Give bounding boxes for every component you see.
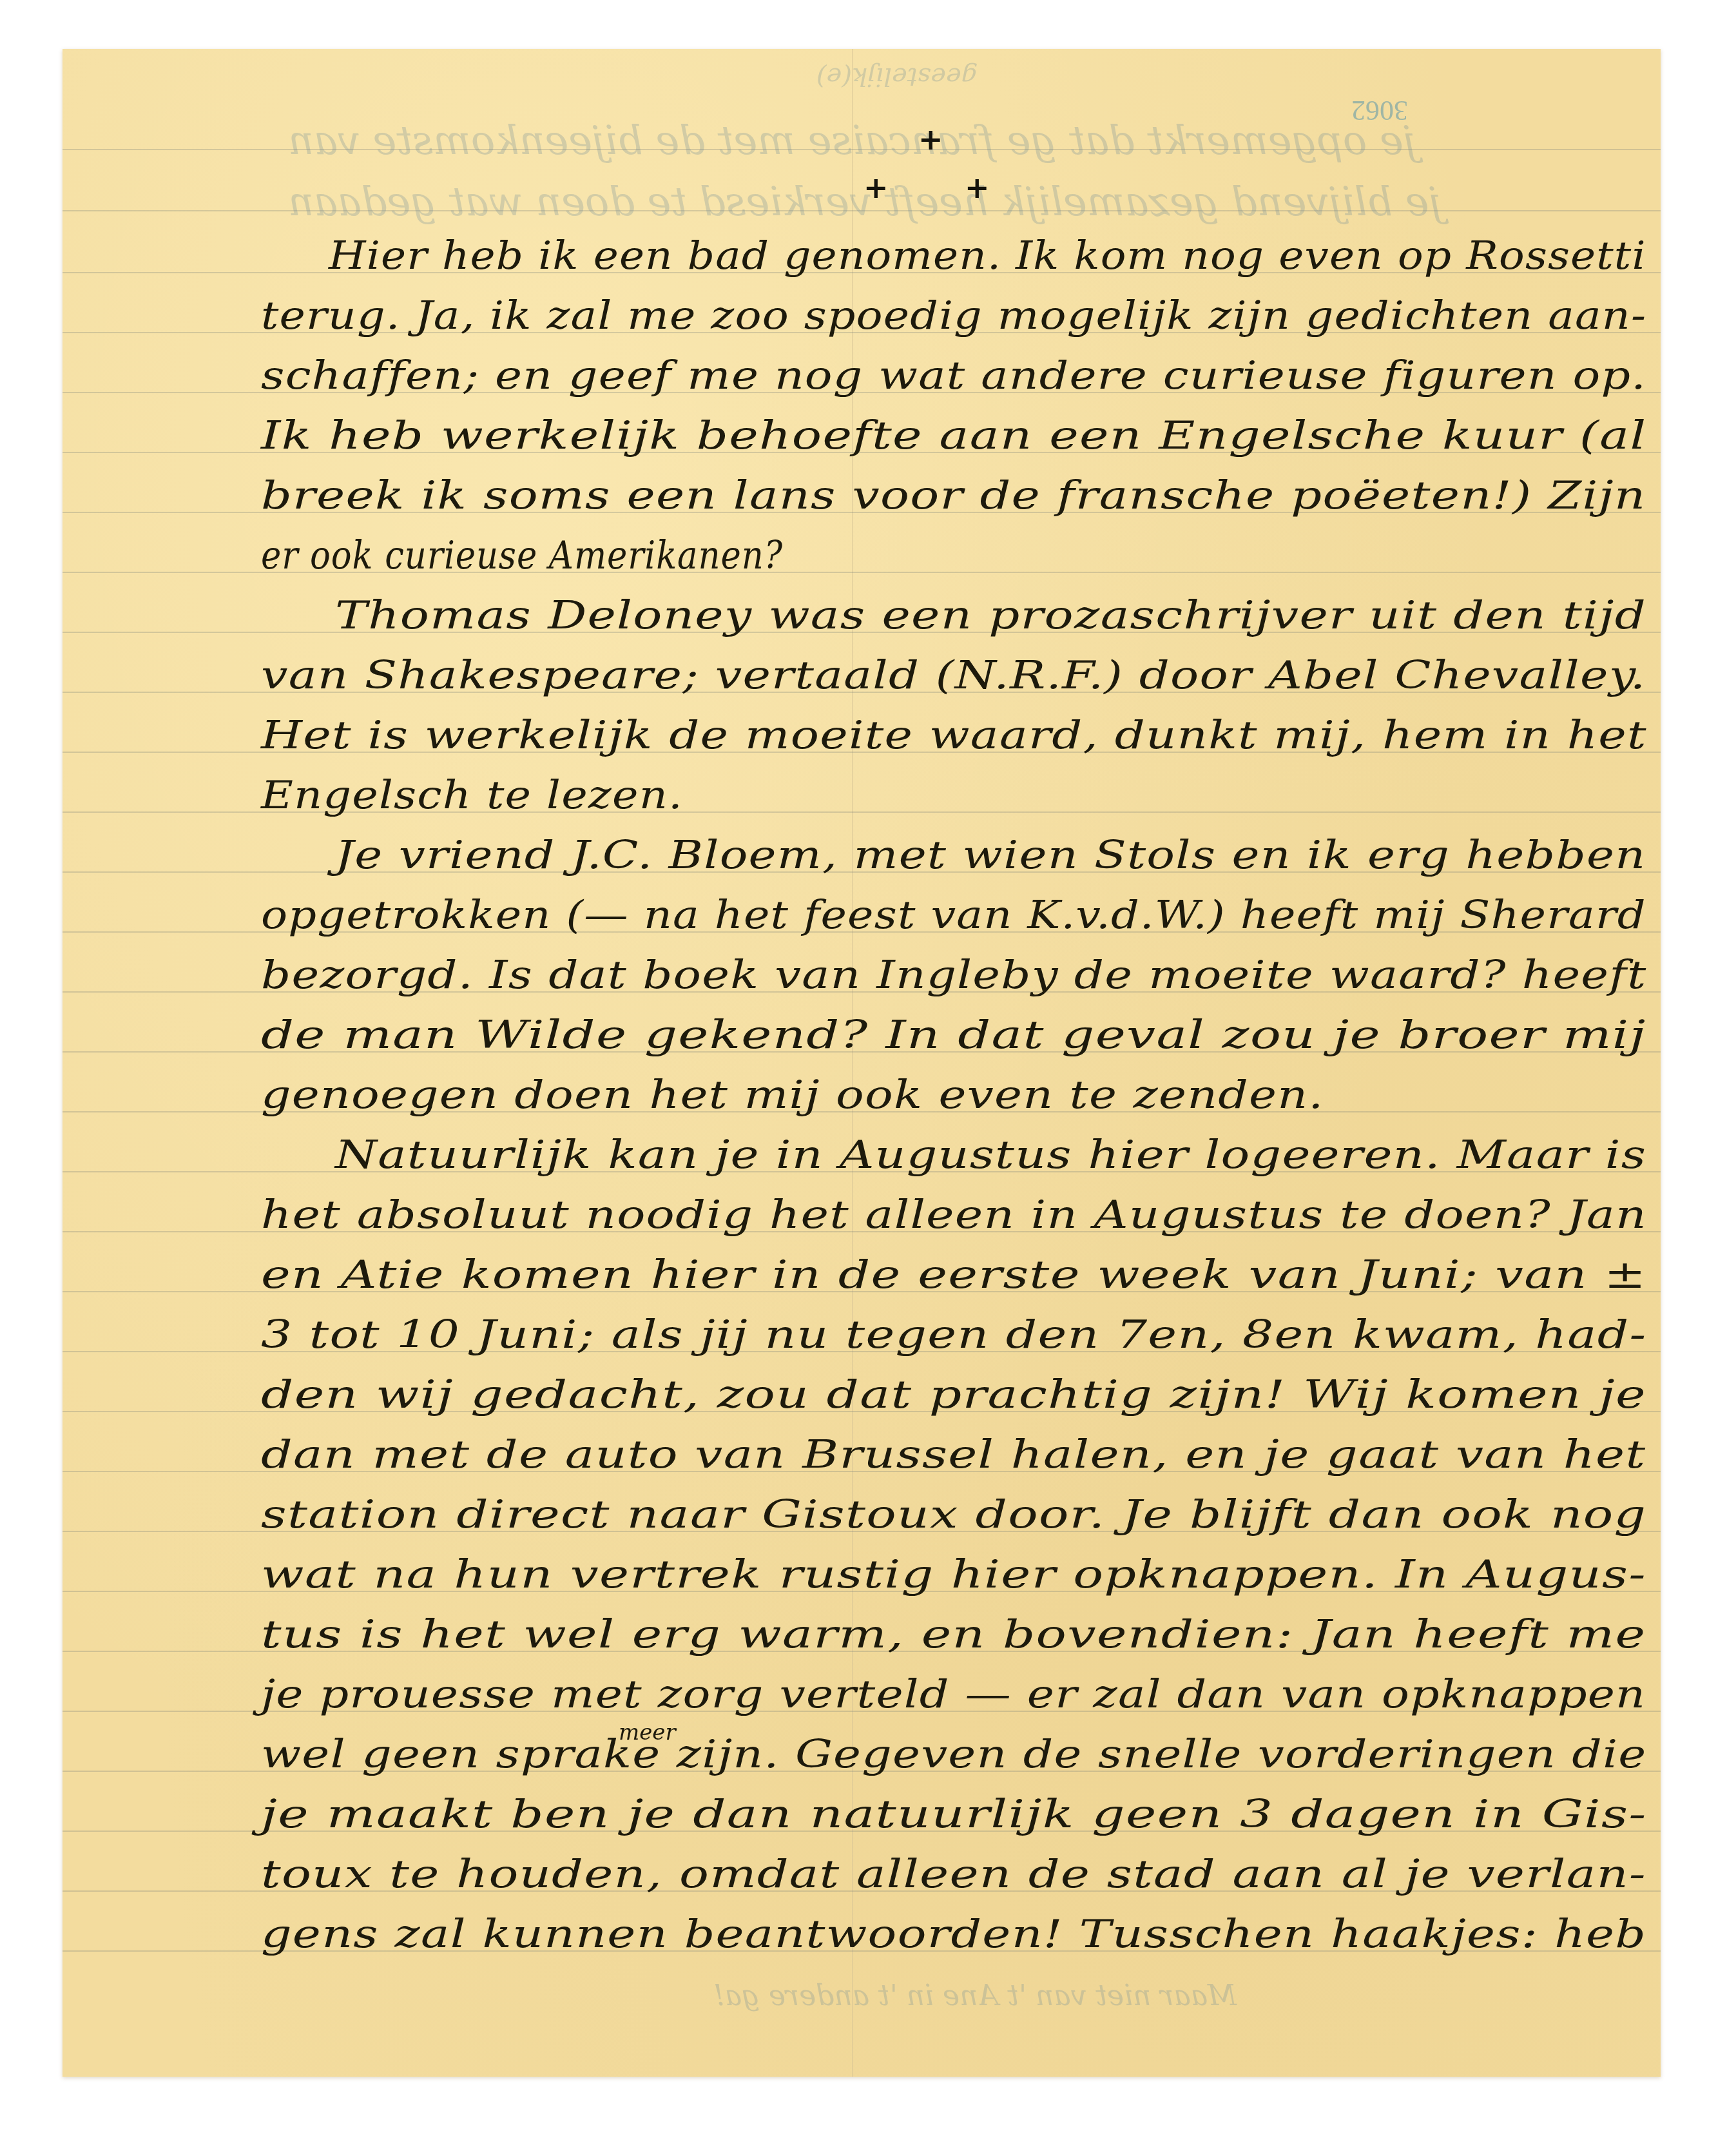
letter-line-24: tus is het wel erg warm, en bovendien: J… <box>261 1615 1646 1654</box>
letter-line-5: breek ik soms een lans voor de fransche … <box>261 476 1646 515</box>
letter-line-9: Het is werkelijk de moeite waard, dunkt … <box>261 716 1647 755</box>
header-cross-mark: + <box>863 173 889 202</box>
letter-line-22: station direct naar Gistoux door. Je bli… <box>261 1495 1646 1534</box>
header-cross-mark: + <box>918 124 943 154</box>
letter-line-16: Natuurlijk kan je in Augustus hier logee… <box>335 1136 1646 1174</box>
letter-line-7: Thomas Deloney was een prozaschrijver ui… <box>335 596 1646 635</box>
pencil-note: geestelijk(e) <box>816 62 978 92</box>
letter-line-29: gens zal kunnen beantwoorden! Tusschen h… <box>261 1915 1646 1954</box>
letter-line-18: en Atie komen hier in de eerste week van… <box>261 1256 1646 1294</box>
bleed-through-text: je opgemerkt dat ge francaise met de bij… <box>288 117 1416 164</box>
letter-line-26: wel geen sprake zijn. Gegeven de snelle … <box>261 1735 1647 1774</box>
letter-line-23: wat na hun vertrek rustig hier opknappen… <box>261 1555 1646 1594</box>
letter-line-14: de man Wilde gekend? In dat geval zou je… <box>261 1016 1646 1054</box>
letter-line-3: schaffen; en geef me nog wat andere curi… <box>261 356 1646 395</box>
header-cross-mark: + <box>965 173 990 202</box>
letter-line-6: er ook curieuse Amerikanen? <box>261 536 783 575</box>
letter-line-4: Ik heb werkelijk behoefte aan een Engels… <box>261 416 1646 455</box>
letter-line-17: het absoluut noodig het alleen in August… <box>261 1196 1647 1234</box>
bleed-through-text: Maar niet van 't Ane in 't andere ga! <box>713 1979 1237 2012</box>
letter-line-8: van Shakespeare; vertaald (N.R.F.) door … <box>261 656 1646 695</box>
letter-line-10: Engelsch te lezen. <box>261 776 683 815</box>
letter-line-13: bezorgd. Is dat boek van Ingleby de moei… <box>261 956 1646 995</box>
letter-line-27: je maakt ben je dan natuurlijk geen 3 da… <box>261 1795 1647 1834</box>
letter-line-25: je prouesse met zorg verteld — er zal da… <box>261 1675 1646 1714</box>
letter-line-19: 3 tot 10 Juni; als jij nu tegen den 7en,… <box>261 1316 1646 1354</box>
letter-line-11: Je vriend J.C. Bloem, met wien Stols en … <box>335 836 1646 875</box>
letter-line-2: terug. Ja, ik zal me zoo spoedig mogelij… <box>261 296 1646 335</box>
letter-line-15: genoegen doen het mij ook even te zenden… <box>261 1076 1324 1114</box>
letter-line-20: den wij gedacht, zou dat prachtig zijn! … <box>261 1375 1646 1414</box>
letter-line-21: dan met de auto van Brussel halen, en je… <box>261 1435 1646 1474</box>
archive-number: 3062 <box>1351 94 1408 127</box>
letter-line-1: Hier heb ik een bad genomen. Ik kom nog … <box>329 237 1646 275</box>
letter-line-12: opgetrokken (— na het feest van K.v.d.W.… <box>261 896 1646 935</box>
letter-line-28: toux te houden, omdat alleen de stad aan… <box>261 1855 1646 1894</box>
